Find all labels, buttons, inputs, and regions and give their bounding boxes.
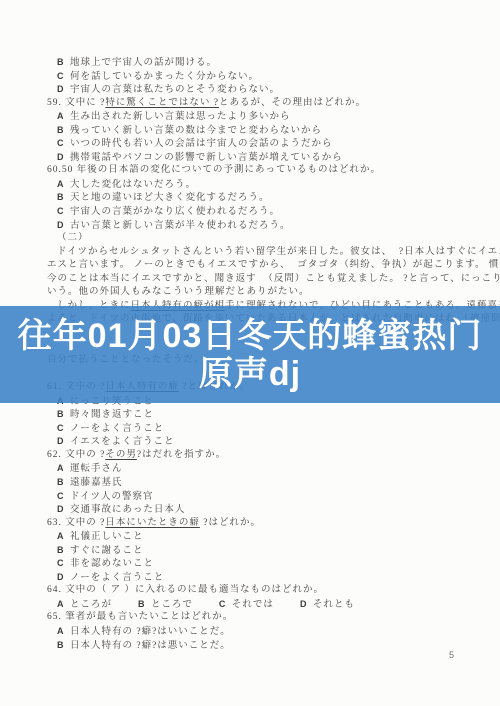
option-letter: B (57, 408, 70, 422)
option-text: ところが (70, 600, 112, 610)
option-letter: A (57, 178, 70, 192)
option-line: D交通事故にあった日本人 (0, 503, 500, 517)
option-letter: D (57, 219, 70, 233)
text-line: （二） (0, 232, 500, 246)
option-line: Cドイツ人の警察官 (0, 490, 500, 504)
banner-title-line1: 往年01月03日冬天的蜂蜜热门 (18, 317, 483, 355)
question-line: 64. 文中の（ ア ）に入れるのに最も適当なものはどれか。 (0, 584, 500, 598)
underlined-phrase: 特に驚くことではない ? (105, 98, 219, 108)
option-text: 遠藤嘉基氏 (70, 478, 123, 488)
option-line: A運転手さん (0, 462, 500, 476)
text-line: エスと言います。 ノーのときでもイエスですから、 ゴタゴタ（纠纷、争执）が起こり… (0, 259, 500, 273)
option-letter: D (57, 571, 70, 585)
option-line: Cノーをよく言うこと (0, 422, 500, 436)
option-text: ところで (151, 600, 193, 610)
option-text: 宇宙人の言葉がかなり広く使われるだろう。 (70, 207, 280, 217)
question-line: 65. 筆者が最も言いたいことはどれか。 (0, 611, 500, 625)
line-text: 63. 文中の ? (47, 518, 105, 528)
option-line: A生み出された新しい言葉は思ったより多いから (0, 110, 500, 124)
text-line: ドイツからセルシュタットさんという若い留学生が来日した。彼女は、 ?日本人はすぐ… (0, 246, 500, 260)
option-letter: D (57, 151, 70, 165)
option-line: A日本人特有の ?癖?はいいことだ。 (0, 625, 500, 639)
option-text: 何を話しているかまったく分からない。 (70, 72, 259, 82)
line-text: 59. 文中に ? (47, 98, 105, 108)
option-text: 宇宙人の言葉は私たちのとそう変わらない。 (70, 85, 280, 95)
option-line: C非を認めないこと (0, 557, 500, 571)
page-number: 5 (449, 650, 454, 660)
option-letter: B (138, 598, 151, 612)
option-line: Bすぐに謝ること (0, 544, 500, 558)
option-line: B天と地の違いほど大きく変化するだろう。 (0, 191, 500, 205)
question-line: 59. 文中に ?特に驚くことではない ?とあるが、その理由はどれか。 (0, 97, 500, 111)
option-line: C何を話しているかまったく分からない。 (0, 70, 500, 84)
question-line: 62. 文中の ?その男?はだれを指すか。 (0, 449, 500, 463)
option-line: A大した変化はないだろう。 (0, 178, 500, 192)
option-text: それとも (313, 600, 355, 610)
underlined-phrase: 日本にいたときの癖 (105, 518, 200, 528)
option-text: いつの時代も若い人の会話は宇宙人の会話のようだから (70, 139, 333, 149)
underlined-phrase: その男 (105, 450, 137, 460)
option-letter: C (57, 490, 70, 504)
option-letter: C (219, 598, 232, 612)
options-inline-line: AところがBところでCそれではDそれとも (0, 598, 500, 612)
option-letter: C (57, 422, 70, 436)
option-text: 非を認めないこと (70, 559, 154, 569)
option-letter: B (57, 476, 70, 490)
option-text: ドイツ人の警察官 (70, 492, 154, 502)
option-line: B残っていく新しい言葉の数は今までと変わらないから (0, 124, 500, 138)
question-line: 63. 文中の ?日本にいたときの癖 ?はどれか。 (0, 517, 500, 531)
option-text: 残っていく新しい言葉の数は今までと変わらないから (70, 126, 322, 136)
line-text: ?はどれか。 (200, 518, 261, 528)
text-line: いう。他の外国人もみなこういう理解だとありがたい。 (0, 286, 500, 300)
line-text: ?はだれを指すか。 (137, 450, 226, 460)
option-letter: D (57, 83, 70, 97)
option-text: 生み出された新しい言葉は思ったより多いから (70, 112, 291, 122)
option-line: B地球上で宇宙人の話が聞ける。 (0, 56, 500, 70)
option-letter: A (57, 110, 70, 124)
option-letter: C (57, 205, 70, 219)
option-line: B日本人特有の ?癖?は悪いことだ。 (0, 639, 500, 653)
option-line: Dイエスをよく言うこと (0, 435, 500, 449)
option-line: Dノーをよく言うこと (0, 571, 500, 585)
option-text: イエスをよく言うこと (70, 437, 175, 447)
option-text: 古い言葉と新しい言葉が半々使われるだろう。 (70, 221, 291, 231)
option-letter: B (57, 56, 70, 70)
option-line: D携帯電話やパソコンの影響で新しい言葉が増えているから (0, 151, 500, 165)
line-text: 62. 文中の ? (47, 450, 105, 460)
option-text: 日本人特有の ?癖?はいいことだ。 (70, 627, 231, 637)
option-text: 携帯電話やパソコンの影響で新しい言葉が増えているから (70, 153, 343, 163)
option-line: B遠藤嘉基氏 (0, 476, 500, 490)
option-line: D古い言葉と新しい言葉が半々使われるだろう。 (0, 219, 500, 233)
banner-title-line2: 原声dj (199, 355, 301, 393)
option-letter: C (57, 137, 70, 151)
option-letter: C (57, 557, 70, 571)
option-text: 大した変化はないだろう。 (70, 180, 196, 190)
option-letter: C (57, 70, 70, 84)
option-text: 礼儀正しいこと (70, 532, 144, 542)
option-letter: D (57, 435, 70, 449)
option-line: A礼儀正しいこと (0, 530, 500, 544)
promo-banner[interactable]: 往年01月03日冬天的蜂蜜热门 原声dj (0, 306, 500, 403)
option-text: すぐに謝ること (70, 546, 144, 556)
option-line: D宇宙人の言葉は私たちのとそう変わらない。 (0, 83, 500, 97)
option-line: C宇宙人の言葉がかなり広く使われるだろう。 (0, 205, 500, 219)
text-line: 今のことは本当にイエスですかと、聞き返す （反問）ことも覚えました。 ?と言って… (0, 273, 500, 287)
option-text: ノーをよく言うこと (70, 573, 164, 583)
option-line: Cいつの時代も若い人の会話は宇宙人の会話のようだから (0, 137, 500, 151)
option-letter: B (57, 191, 70, 205)
option-text: 交通事故にあった日本人 (70, 505, 185, 515)
option-line: B時々聞き返すこと (0, 408, 500, 422)
option-letter: B (57, 124, 70, 138)
option-letter: B (57, 639, 70, 653)
option-text: 運転手さん (70, 464, 123, 474)
option-text: ノーをよく言うこと (70, 424, 164, 434)
option-text: 日本人特有の ?癖?は悪いことだ。 (70, 641, 231, 651)
question-line: 60.50 年後の日本語の変化についての予測にあっているものはどれか。 (0, 164, 500, 178)
option-text: 時々聞き返すこと (70, 410, 154, 420)
option-text: 天と地の違いほど大きく変化するだろう。 (70, 193, 270, 203)
option-letter: D (300, 598, 313, 612)
option-letter: A (57, 625, 70, 639)
option-letter: A (57, 598, 70, 612)
option-letter: D (57, 503, 70, 517)
option-text: 地球上で宇宙人の話が聞ける。 (70, 58, 217, 68)
option-text: それでは (232, 600, 274, 610)
option-letter: B (57, 544, 70, 558)
line-text: とあるが、その理由はどれか。 (219, 98, 366, 108)
option-letter: A (57, 462, 70, 476)
option-letter: A (57, 530, 70, 544)
